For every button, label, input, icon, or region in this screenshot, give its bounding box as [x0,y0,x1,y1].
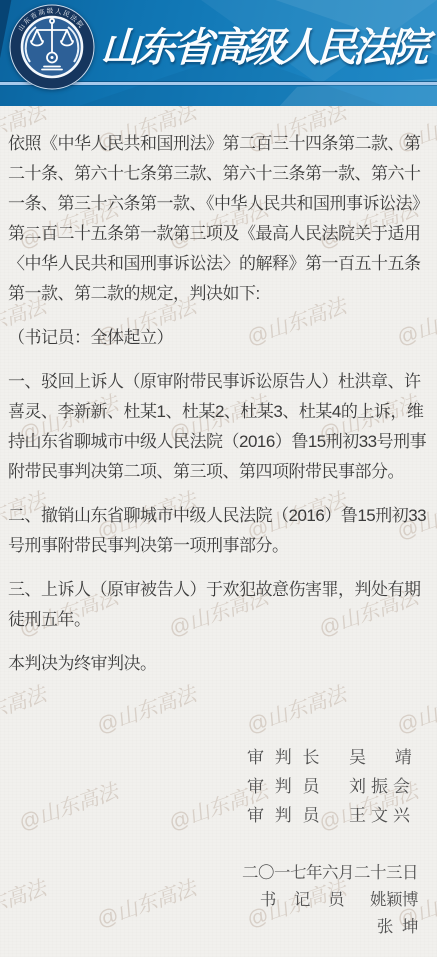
date-clerk-block: 二〇一七年六月二十三日 书 记 员 姚颖博 张 坤 [8,860,427,941]
clerk-title: 书 记 员 [260,887,344,914]
signature-block: 审 判 长 吴 靖 审 判 员 刘振会 审 判 员 王文兴 [8,743,427,830]
court-name-calligraphy: 山东省高级人民法院 [100,16,427,73]
ruling-item-2: 二、撤销山东省聊城市中级人民法院（2016）鲁15刑初33号刑事附带民事判决第一… [8,501,427,561]
judge-row: 审 判 员 刘振会 [8,772,427,801]
court-seal-icon: 山东省高级人民法院 SHANDONG HIGH PEOPLE'S COURT [9,4,95,90]
watermark-text: @山东高法 [243,680,350,742]
judge-name: 吴 靖 [349,743,423,772]
clerk-name: 姚颖博 [370,887,418,914]
ruling-item-1: 一、驳回上诉人（原审附带民事诉讼原告人）杜洪章、许喜灵、李新新、杜某1、杜某2、… [8,367,427,487]
clerk-row: 书 记 员 姚颖博 [8,887,427,914]
clerk-instruction-line: （书记员：全体起立） [8,323,427,353]
legal-basis-paragraph: 依照《中华人民共和国刑法》第二百三十四条第二款、第二十条、第六十七条第三款、第六… [8,129,427,309]
clerk-name-2: 张 坤 [8,914,427,941]
judge-row: 审 判 长 吴 靖 [8,743,427,772]
judge-title: 审 判 员 [247,801,319,830]
judge-title: 审 判 长 [247,743,319,772]
judgment-date: 二〇一七年六月二十三日 [8,860,427,887]
judge-row: 审 判 员 王文兴 [8,801,427,830]
judge-title: 审 判 员 [247,772,319,801]
ruling-item-3: 三、上诉人（原审被告人）于欢犯故意伤害罪，判处有期徒刑五年。 [8,575,427,635]
watermark-text: @山东高法 [393,680,437,742]
finality-statement: 本判决为终审判决。 [8,649,427,679]
watermark-text: @山东高法 [93,680,200,742]
judge-name: 王文兴 [349,801,423,830]
judgment-text-area: @山东高法@山东高法@山东高法@山东高法@山东高法@山东高法@山东高法@山东高法… [0,106,437,957]
judgment-page: 山东省高级人民法院 SHANDONG HIGH PEOPLE'S COURT [0,0,437,957]
judge-name: 刘振会 [349,772,423,801]
court-banner: 山东省高级人民法院 SHANDONG HIGH PEOPLE'S COURT [0,0,437,106]
watermark-text: @山东高法 [0,680,50,742]
